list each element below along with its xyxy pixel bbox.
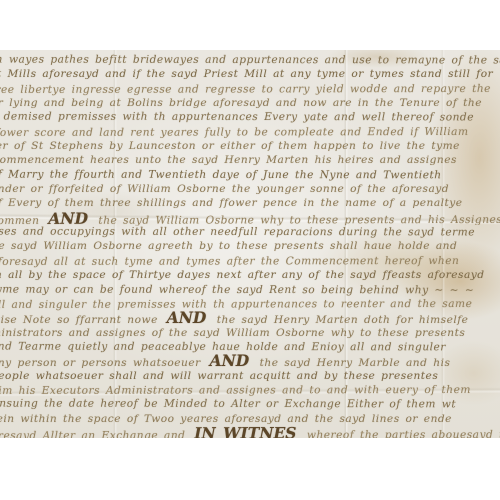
manuscript-line: Commencement heares unto the sayd Henry … bbox=[0, 153, 500, 167]
handwriting-segment: the sayd Henry Marble and his bbox=[260, 357, 451, 368]
manuscript-line: oresayd Allter an Exchange and IN WITNES… bbox=[0, 426, 500, 438]
handwriting-segment: whereof the parties abouesayd to bbox=[307, 429, 500, 438]
handwriting-segment: aforesayd all at such tyme and tymes aft… bbox=[0, 255, 459, 268]
letterbox-bottom bbox=[0, 438, 500, 500]
manuscript-line: any person or persons whatsoeuer AND the… bbox=[0, 354, 500, 368]
engrossed-word: AND bbox=[164, 311, 217, 325]
handwriting-segment: and Tearme quietly and peaceablye haue h… bbox=[0, 340, 446, 353]
handwriting-segment: ter of St Stephens by Launceston or eith… bbox=[0, 140, 460, 152]
handwriting-segment: rein within the space of Twoo yeares afo… bbox=[0, 413, 452, 425]
handwriting-segment: th wayes pathes befitt bridewayes and ap… bbox=[0, 54, 500, 67]
manuscript-line: of Every of them three shillings and ffo… bbox=[0, 196, 500, 210]
handwriting-segment: ender or fforfeited of William Osborne t… bbox=[0, 183, 449, 195]
handwriting-segment: he sayd William Osborne agreeth by to th… bbox=[0, 240, 457, 252]
manuscript-line: uses and occupyings with all other needf… bbox=[0, 225, 500, 240]
manuscript-line: and Tearme quietly and peaceablye haue h… bbox=[0, 339, 500, 354]
manuscript-line: er lying and being at Bolins bridge afor… bbox=[0, 96, 500, 110]
handwriting-segment: er lying and being at Bolins bridge afor… bbox=[0, 97, 482, 109]
manuscript-line: free libertye ingresse egresse and regre… bbox=[0, 82, 500, 97]
handwriting-segment: st Mills aforesayd and if the sayd Pries… bbox=[0, 68, 493, 80]
letterbox-top bbox=[0, 0, 500, 50]
manuscript-line: e demised premisses with th appurtenance… bbox=[0, 110, 500, 125]
handwriting-segment: ministrators and assignes of the sayd Wi… bbox=[0, 327, 465, 339]
handwriting-segment: any person or persons whatsoeuer bbox=[0, 357, 207, 368]
manuscript-line: all and singuler the premisses with th a… bbox=[0, 297, 500, 312]
manuscript-photo: th wayes pathes befitt bridewayes and ap… bbox=[0, 50, 500, 438]
handwriting-segment: oresayd Allter an Exchange and bbox=[0, 429, 191, 438]
manuscript-line: he sayd William Osborne agreeth by to th… bbox=[0, 239, 500, 253]
handwriting-segment: ffower score and land rent yeares fully … bbox=[0, 126, 469, 139]
manuscript-line: ter of St Stephens by Launceston or eith… bbox=[0, 139, 500, 153]
engrossed-word: AND bbox=[207, 354, 260, 368]
handwriting-segment: of Marry the ffourth and Twentieth daye … bbox=[0, 168, 442, 181]
manuscript-line: rein within the space of Twoo yeares afo… bbox=[0, 412, 500, 426]
handwriting-segment: him his Executors Administrators and ass… bbox=[0, 384, 471, 397]
manuscript-line: Ensuing the date hereof be Minded to Alt… bbox=[0, 397, 500, 412]
manuscript-line: people whatsoeuer shall and will warrant… bbox=[0, 369, 500, 383]
manuscript-line: in all by the space of Thirtye dayes nex… bbox=[0, 268, 500, 282]
manuscript-line: th wayes pathes befitt bridewayes and ap… bbox=[0, 53, 500, 68]
manuscript-line: aforesayd all at such tyme and tymes aft… bbox=[0, 254, 500, 269]
manuscript-line: wise Note so ffarrant nowe AND the sayd … bbox=[0, 311, 500, 325]
manuscript-line: of Marry the ffourth and Twentieth daye … bbox=[0, 167, 500, 182]
engrossed-word: IN WITNES bbox=[191, 426, 307, 438]
handwriting-segment: wise Note so ffarrant nowe bbox=[0, 314, 164, 325]
handwriting-segment: Commencement heares unto the sayd Henry … bbox=[0, 154, 457, 166]
handwriting-segment: all and singuler the premisses with th a… bbox=[0, 298, 472, 311]
handwriting-segment: free libertye ingresse egresse and regre… bbox=[0, 83, 491, 96]
handwriting-segment: uses and occupyings with all other needf… bbox=[0, 226, 475, 239]
manuscript-line: tyme may or can be found whereof the say… bbox=[0, 282, 500, 297]
handwriting-segment: people whatsoeuer shall and will warrant… bbox=[0, 370, 438, 382]
manuscript-line: ender or fforfeited of William Osborne t… bbox=[0, 182, 500, 196]
screenshot-canvas: th wayes pathes befitt bridewayes and ap… bbox=[0, 0, 500, 500]
manuscript-line: ffower score and land rent yeares fully … bbox=[0, 125, 500, 140]
handwriting-segment: e demised premisses with th appurtenance… bbox=[0, 111, 474, 124]
manuscript-line: ministrators and assignes of the sayd Wi… bbox=[0, 326, 500, 340]
manuscript-text: th wayes pathes befitt bridewayes and ap… bbox=[0, 53, 500, 438]
handwriting-segment: of Every of them three shillings and ffo… bbox=[0, 197, 463, 209]
manuscript-line: st Mills aforesayd and if the sayd Pries… bbox=[0, 67, 500, 81]
handwriting-segment: in all by the space of Thirtye dayes nex… bbox=[0, 269, 485, 281]
handwriting-segment: tyme may or can be found whereof the say… bbox=[0, 283, 474, 296]
handwriting-segment: the sayd Henry Marten doth for himselfe bbox=[217, 314, 469, 325]
handwriting-segment: Ensuing the date hereof be Minded to Alt… bbox=[0, 398, 456, 411]
